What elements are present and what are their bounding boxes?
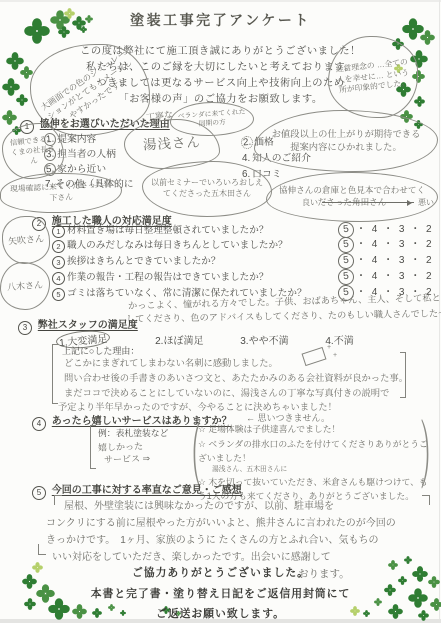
option-number: 2.	[240, 135, 253, 149]
bracket-left	[90, 425, 96, 469]
service-item: ☆ 足場体験は子供達喜んでました！	[198, 422, 430, 436]
bubble-text: 信頼できる、くまの社長さん	[7, 133, 60, 168]
clover-icon	[2, 110, 17, 125]
scanned-survey-page: 塗装工事完了アンケート この度は弊社にて施工頂き誠にありがとうございました！ 私…	[0, 0, 441, 623]
rating-scale: ・ 4 ・ 3 ・ 2 ・ 1	[356, 255, 441, 266]
scale-arrow	[322, 202, 414, 203]
business-card-doodle	[302, 347, 327, 366]
feedback-line: いい対応をしていただき、楽しかったです。出会いに感謝して	[52, 548, 331, 563]
footer: ご協力ありがとうございました。 本書と完了書・塗り替え日記をご返信用封筒にて ご…	[0, 565, 441, 621]
question-row: 2職人のみだしなみは毎日きちんとしていましたか？	[52, 237, 288, 253]
option-label: 提案内容	[57, 134, 96, 145]
question-number: 4	[52, 272, 65, 285]
bubble-text: 湯浅さん	[143, 133, 202, 154]
satisfaction-option: 2.ほぼ満足	[153, 332, 205, 347]
bubble-site-check: 現場確認に来てくださった岩下さん	[0, 173, 122, 213]
bubble-text: ベランダに来てくれた同期の方	[176, 107, 247, 130]
bubble-text: お値段以上の仕上がりが期待できる提案内容にひかれました。	[271, 128, 421, 153]
question-row: 3挨拶はきちんとできていましたか？	[52, 253, 221, 269]
bubble-text: 経営理念の …全ての人を幸せに… という所が印象的でした。	[334, 57, 413, 96]
section5-title: 今回の工事に対する率直なご意見・ご感想	[52, 485, 242, 496]
question-row: 1材料置き場は毎日整理整頓されていましたか？	[52, 222, 268, 238]
bubble-colleague: ベランダに来てくれた同期の方	[170, 102, 254, 136]
section3-number: 3	[18, 321, 32, 335]
bubble-philosophy: 経営理念の …全ての人を幸せに… という所が印象的でした。	[328, 36, 418, 118]
bubble-text: 八木さん	[7, 279, 44, 294]
scale-bad-label: 悪い	[418, 197, 434, 208]
bracket-left	[52, 344, 58, 404]
handwritten-service-label: サービス ⇒	[104, 451, 150, 466]
question-number: 3	[52, 256, 65, 269]
rating-scale-legend: 良い 悪い	[302, 197, 434, 208]
option-label: 担当者の人柄	[57, 149, 116, 160]
bubble-proposal: お値段以上の仕上がりが期待できる提案内容にひかれました。	[254, 110, 438, 172]
clover-icon	[420, 30, 435, 45]
example-label: 例：表札塗装など	[98, 426, 168, 439]
feedback-line: 屋根、外壁塗装には興味なかったのですが、以前、駐車場を	[64, 497, 334, 512]
bubble-yabuki: 矢吹さん	[2, 216, 50, 264]
reason-line: まだココで決めることにしていないのに、湯浅さんの丁寧な写真付きの説明で	[64, 385, 389, 399]
sparkle-icon: +	[327, 344, 331, 351]
footer-line: ご返送お願い致します。	[0, 606, 441, 621]
question-text: 職人のみだしなみは毎日きちんとしていましたか？	[67, 240, 288, 251]
question-number: 5	[52, 288, 65, 301]
question-text: 挨拶はきちんとできていましたか？	[67, 256, 221, 267]
bubble-seminar: 以前セミナーでいろいろおしえてくださった五木田さん	[142, 161, 272, 217]
question-number: 2	[52, 240, 65, 253]
section5-number: 5	[32, 486, 46, 500]
bracket-corner	[422, 495, 430, 505]
rating-scale: ・ 4 ・ 3 ・ 2 ・ 1	[356, 239, 441, 250]
service-item: ☆ ベランダの排水口のふたを付けてくださりありがとうございました！	[198, 437, 430, 465]
footer-line: 本書と完了書・塗り替え日記をご返信用封筒にて	[0, 586, 441, 601]
option-number: 4.	[241, 153, 251, 164]
bracket-corner	[38, 544, 46, 555]
paren-close: ）	[420, 395, 441, 504]
sparkle-icon: +	[333, 352, 337, 359]
bubble-text: 以前セミナーでいろいろおしえてくださった五木田さん	[151, 178, 263, 200]
footer-thanks: ご協力ありがとうございました。	[0, 565, 441, 580]
bubble-president: 信頼できる、くまの社長さん	[2, 123, 64, 179]
clover-icon	[404, 556, 412, 564]
feedback-line: きっかけです。 1ヶ月、家族のように たくさんの方とふれ合い、気もちの	[46, 531, 379, 546]
section4-number: 4	[32, 417, 46, 431]
bracket-corner	[54, 495, 62, 505]
reason-line: どこかにまぎれてしまわない名刺に感動しました。	[64, 355, 278, 369]
reason-line: 問い合わせ後の手書きのあいさつ文と、あたたかみのある会社資料が良かった事。	[64, 370, 408, 384]
question-text: 材料置き場は毎日整理整頓されていましたか？	[67, 225, 268, 236]
feedback-line: コンクリにする前に屋根やった方がいいよと、熊井さんに言われたのが今回の	[46, 514, 396, 529]
question-row: 4作業の報告・工程の報告はできていましたか？	[52, 269, 268, 285]
section3-title: 弊社スタッフの満足度	[38, 320, 138, 331]
satisfaction-option: 3.やや不満	[238, 332, 290, 347]
bubble-yagi: 八木さん	[0, 262, 50, 310]
rating-scale: ・ 4 ・ 3 ・ 2 ・ 1	[356, 271, 441, 282]
question-text: 作業の報告・工程の報告はできていましたか？	[67, 272, 268, 283]
bubble-text: 現場確認に来てくださった岩下さん	[8, 180, 115, 207]
bubble-text: 矢吹さん	[8, 232, 45, 247]
scale-good-label: 良い	[302, 197, 318, 208]
page-title: 塗装工事完了アンケート	[0, 10, 441, 30]
service-item-names: 湯浅さん、五木田さんに	[198, 466, 430, 474]
rating-scale: ・ 4 ・ 3 ・ 2 ・ 1	[356, 224, 441, 235]
